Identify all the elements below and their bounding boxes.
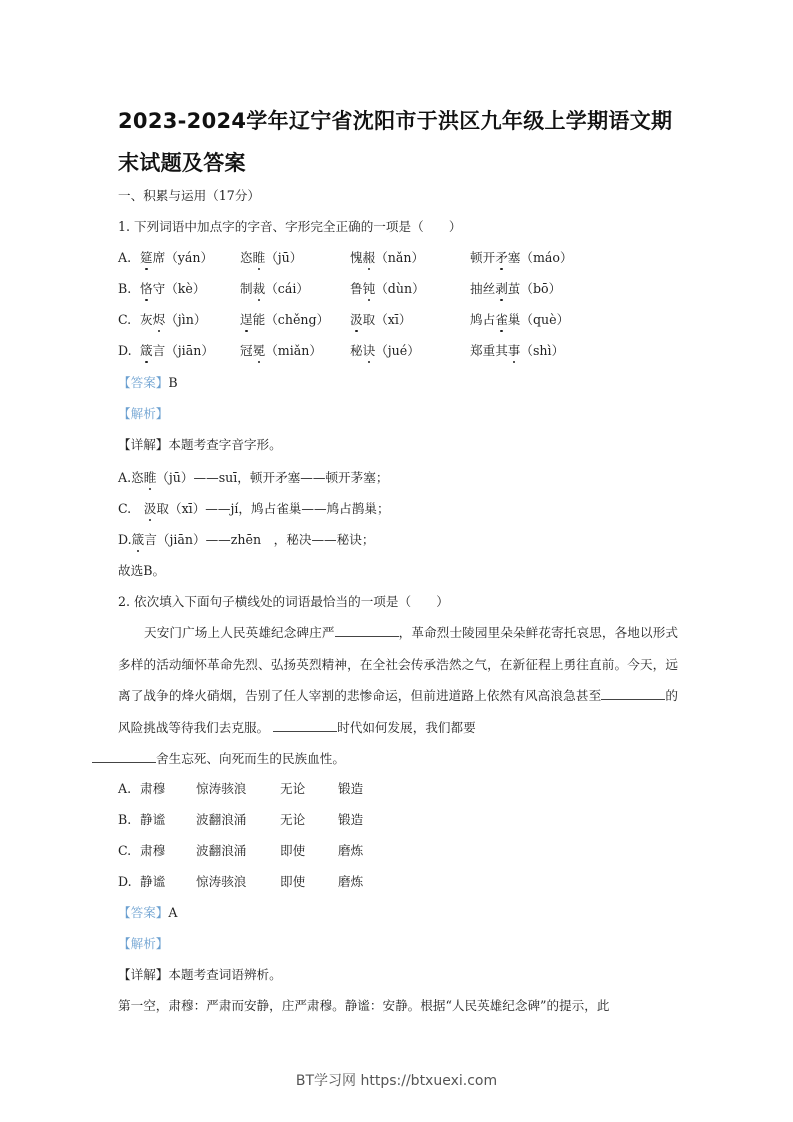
word-part: 顿开 bbox=[470, 250, 495, 265]
q2-answer: 【答案】A bbox=[118, 903, 177, 923]
option-word: 冠冕（miǎn） bbox=[240, 341, 322, 361]
option-word: 无论 bbox=[280, 810, 305, 830]
word-part: （jū） bbox=[265, 250, 302, 265]
option-word: 恣睢（jū） bbox=[240, 248, 302, 268]
q2-option-a: A.肃穆惊涛骇浪无论锻造 bbox=[118, 779, 131, 799]
dotted-char: 矛 bbox=[495, 250, 508, 265]
option-word: 波翻浪涌 bbox=[196, 841, 246, 861]
dotted-char: 裁 bbox=[253, 281, 266, 296]
dotted-char: 汲 bbox=[144, 501, 157, 516]
q1-analysis-tag: 【解析】 bbox=[118, 404, 168, 424]
option-label: B. bbox=[118, 279, 140, 299]
option-word: 制裁（cái） bbox=[240, 279, 309, 299]
q1-option-d: D.箴言（jiān）冠冕（miǎn）秘诀（jué）郑重其事（shì） bbox=[118, 341, 140, 361]
detail-text: 本题考查字音字形。 bbox=[168, 437, 281, 452]
word-part: 灰 bbox=[140, 312, 153, 327]
answer-value: B bbox=[168, 375, 177, 390]
q2-passage: 天安门广场上人民英雄纪念碑庄严，革命烈士陵园里朵朵鲜花寄托哀思，各地以形式多样的… bbox=[118, 617, 678, 775]
word-part: 鲁 bbox=[350, 281, 363, 296]
option-word: 汲取（xī） bbox=[350, 310, 412, 330]
option-word: 郑重其事（shì） bbox=[470, 341, 564, 361]
dotted-char: 睢 bbox=[144, 470, 157, 485]
option-word: 鸠占雀巢（què） bbox=[470, 310, 569, 330]
explanation-part: （jū）——suī，顿开矛塞——顿开茅塞； bbox=[156, 470, 388, 485]
explanation-part: 言（jiān）——zhēn ，秘决——秘诀； bbox=[144, 532, 374, 547]
dotted-char: 诀 bbox=[363, 343, 376, 358]
q1-explanation-line: D.箴言（jiān）——zhēn ，秘决——秘诀； bbox=[118, 530, 374, 550]
dotted-char: 箴 bbox=[132, 532, 145, 547]
q2-analysis-tag: 【解析】 bbox=[118, 934, 168, 954]
option-word: 肃穆 bbox=[140, 841, 165, 861]
q2-option-c: C.肃穆波翻浪涌即使磨炼 bbox=[118, 841, 131, 861]
footer-watermark: BT学习网 https://btxuexi.com bbox=[0, 1070, 793, 1090]
q1-conclusion: 故选B。 bbox=[118, 561, 165, 581]
option-word: 静谧 bbox=[140, 810, 165, 830]
section-heading: 一、积累与运用（17分） bbox=[118, 186, 260, 206]
explanation-part: D. bbox=[118, 532, 132, 547]
q1-explanation-line: C. 汲取（xī）——jí，鸠占雀巢——鸠占鹊巢； bbox=[118, 499, 390, 519]
option-word: 逞能（chěng） bbox=[240, 310, 329, 330]
dotted-char: 睢 bbox=[253, 250, 266, 265]
question-1-stem: 1. 下列词语中加点字的字音、字形完全正确的一项是（ ） bbox=[118, 217, 461, 237]
option-word: 静谧 bbox=[140, 872, 165, 892]
word-part: 能（chěng） bbox=[253, 312, 330, 327]
option-word: 即使 bbox=[280, 841, 305, 861]
explanation-part: A.恣 bbox=[118, 470, 144, 485]
option-word: 磨炼 bbox=[338, 841, 363, 861]
word-part: 秘 bbox=[350, 343, 363, 358]
option-label: D. bbox=[118, 341, 140, 361]
option-word: 顿开矛塞（máo） bbox=[470, 248, 573, 268]
option-word: 愧赧（nǎn） bbox=[350, 248, 424, 268]
word-part: 制 bbox=[240, 281, 253, 296]
option-word: 磨炼 bbox=[338, 872, 363, 892]
explanation-part: 取（xī）——jí，鸠占雀巢——鸠占鹊巢； bbox=[156, 501, 389, 516]
word-part: （miǎn） bbox=[265, 343, 322, 358]
option-word: 抽丝剥茧（bō） bbox=[470, 279, 561, 299]
q2-detail: 【详解】本题考查词语辨析。 bbox=[118, 965, 282, 985]
option-word: 惊涛骇浪 bbox=[196, 779, 246, 799]
option-word: 恪守（kè） bbox=[140, 279, 205, 299]
option-word: 灰烬（jìn） bbox=[140, 310, 206, 330]
option-word: 箴言（jiān） bbox=[140, 341, 214, 361]
dotted-char: 雀 bbox=[495, 312, 508, 327]
q2-option-d: D.静谧惊涛骇浪即使磨炼 bbox=[118, 872, 132, 892]
option-word: 肃穆 bbox=[140, 779, 165, 799]
option-word: 秘诀（jué） bbox=[350, 341, 420, 361]
dotted-char: 汲 bbox=[350, 312, 363, 327]
word-part: 冠 bbox=[240, 343, 253, 358]
option-word: 即使 bbox=[280, 872, 305, 892]
word-part: （jìn） bbox=[165, 312, 206, 327]
word-part: （dùn） bbox=[375, 281, 424, 296]
detail-text: 本题考查词语辨析。 bbox=[168, 967, 281, 982]
detail-tag: 【详解】 bbox=[118, 967, 168, 982]
option-label: C. bbox=[118, 310, 140, 330]
word-part: 抽丝 bbox=[470, 281, 495, 296]
detail-tag: 【详解】 bbox=[118, 437, 168, 452]
dotted-char: 冕 bbox=[253, 343, 266, 358]
dotted-char: 钝 bbox=[363, 281, 376, 296]
analysis-tag: 【解析】 bbox=[118, 406, 168, 421]
option-word: 锻造 bbox=[338, 779, 363, 799]
q2-explanation: 第一空，肃穆：严肃而安静，庄严肃穆。静谧：安静。根据“人民英雄纪念碑”的提示，此 bbox=[118, 996, 609, 1016]
question-2-stem: 2. 依次填入下面句子横线处的词语最恰当的一项是（ ） bbox=[118, 592, 449, 612]
option-word: 无论 bbox=[280, 779, 305, 799]
option-label: C. bbox=[118, 843, 131, 858]
dotted-char: 逞 bbox=[240, 312, 253, 327]
word-part: 巢（què） bbox=[508, 312, 569, 327]
analysis-tag: 【解析】 bbox=[118, 936, 168, 951]
q2-option-b: B.静谧波翻浪涌无论锻造 bbox=[118, 810, 131, 830]
word-part: 席（yán） bbox=[153, 250, 214, 265]
option-word: 锻造 bbox=[338, 810, 363, 830]
document-title: 2023-2024学年辽宁省沈阳市于洪区九年级上学期语文期末试题及答案 bbox=[118, 100, 688, 184]
option-label: D. bbox=[118, 874, 132, 889]
word-part: （cái） bbox=[265, 281, 309, 296]
word-part: 恣 bbox=[240, 250, 253, 265]
word-part: 愧 bbox=[350, 250, 363, 265]
option-word: 鲁钝（dùn） bbox=[350, 279, 425, 299]
dotted-char: 箴 bbox=[140, 343, 153, 358]
word-part: 守（kè） bbox=[153, 281, 206, 296]
q1-option-c: C.灰烬（jìn）逞能（chěng）汲取（xī）鸠占雀巢（què） bbox=[118, 310, 140, 330]
word-part: 言（jiān） bbox=[153, 343, 214, 358]
word-part: （nǎn） bbox=[375, 250, 424, 265]
q1-option-b: B.恪守（kè）制裁（cái）鲁钝（dùn）抽丝剥茧（bō） bbox=[118, 279, 140, 299]
q1-answer: 【答案】B bbox=[118, 373, 178, 393]
blank-4 bbox=[92, 748, 156, 763]
option-word: 惊涛骇浪 bbox=[196, 872, 246, 892]
option-label: B. bbox=[118, 812, 131, 827]
dotted-char: 赧 bbox=[363, 250, 376, 265]
q1-detail: 【详解】本题考查字音字形。 bbox=[118, 435, 282, 455]
blank-2 bbox=[601, 685, 665, 700]
dotted-char: 烬 bbox=[153, 312, 166, 327]
word-part: 塞（máo） bbox=[508, 250, 573, 265]
answer-tag: 【答案】 bbox=[118, 905, 168, 920]
word-part: 鸠占 bbox=[470, 312, 495, 327]
word-part: （shì） bbox=[520, 343, 564, 358]
word-part: （jué） bbox=[375, 343, 420, 358]
word-part: 取（xī） bbox=[363, 312, 412, 327]
q1-explanation-line: A.恣睢（jū）——suī，顿开矛塞——顿开茅塞； bbox=[118, 468, 388, 488]
word-part: 郑重其 bbox=[470, 343, 508, 358]
option-label: A. bbox=[118, 248, 140, 268]
blank-1 bbox=[335, 622, 399, 637]
option-word: 筵席（yán） bbox=[140, 248, 213, 268]
word-part: 茧（bō） bbox=[508, 281, 561, 296]
explanation-part: C. bbox=[118, 501, 144, 516]
dotted-char: 筵 bbox=[140, 250, 153, 265]
dotted-char: 剥 bbox=[495, 281, 508, 296]
option-word: 波翻浪涌 bbox=[196, 810, 246, 830]
option-label: A. bbox=[118, 781, 131, 796]
blank-3 bbox=[273, 717, 337, 732]
dotted-char: 恪 bbox=[140, 281, 153, 296]
q1-option-a: A.筵席（yán）恣睢（jū）愧赧（nǎn）顿开矛塞（máo） bbox=[118, 248, 140, 268]
answer-tag: 【答案】 bbox=[118, 375, 168, 390]
answer-value: A bbox=[168, 905, 177, 920]
dotted-char: 事 bbox=[508, 343, 521, 358]
